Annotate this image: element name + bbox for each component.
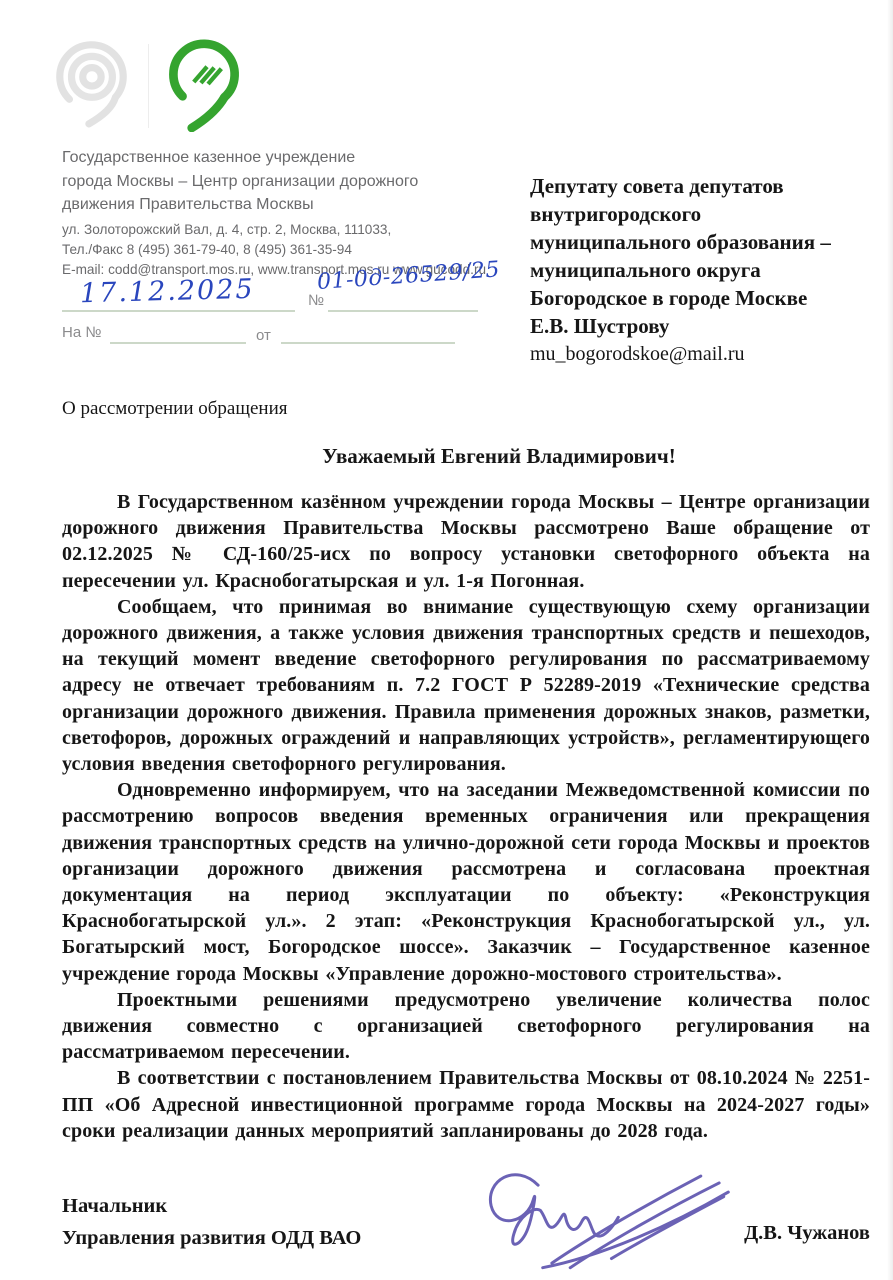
recipient-line: муниципального округа — [530, 256, 886, 284]
paragraph: В Государственном казённом учреждении го… — [62, 489, 870, 594]
org-name: Государственное казенное учреждение горо… — [62, 146, 492, 217]
handwritten-date: 17.12.2025 — [80, 274, 255, 310]
org-name-line: Государственное казенное учреждение — [62, 146, 492, 170]
logo-divider — [148, 44, 149, 128]
recipient-block: Депутату совета депутатов внутригородско… — [530, 172, 886, 368]
signer-name: Д.В. Чужанов — [744, 1222, 870, 1245]
recipient-line: Богородское в городе Москве — [530, 284, 886, 312]
number-underline — [328, 294, 478, 312]
paragraph: В соответствии с постановлением Правител… — [62, 1065, 870, 1144]
reply-date-underline — [281, 326, 455, 344]
org-name-line: города Москвы – Центр организации дорожн… — [62, 170, 492, 194]
signer-position-line: Начальник — [62, 1190, 361, 1222]
recipient-line: муниципального образования – — [530, 228, 886, 256]
paragraph: Проектными решениями предусмотрено увели… — [62, 987, 870, 1066]
from-label: от — [256, 327, 271, 344]
address-line: ул. Золоторожский Вал, д. 4, стр. 2, Мос… — [62, 220, 492, 240]
signature-scrawl-icon — [468, 1160, 748, 1270]
letter-page: Государственное казенное учреждение горо… — [0, 0, 893, 1280]
subject-line: О рассмотрении обращения — [62, 398, 288, 420]
reply-number-underline — [110, 326, 246, 344]
recipient-line: внутригородского — [530, 200, 886, 228]
paragraph: Одновременно информируем, что на заседан… — [62, 777, 870, 987]
reply-to-label: На № — [62, 324, 101, 341]
org-name-line: движения Правительства Москвы — [62, 193, 492, 217]
address-line: Тел./Факс 8 (495) 361-79-40, 8 (495) 361… — [62, 240, 492, 260]
letter-body: В Государственном казённом учреждении го… — [62, 489, 870, 1144]
recipient-line: Е.В. Шустрову — [530, 312, 886, 340]
salutation: Уважаемый Евгений Владимирович! — [62, 444, 870, 469]
signer-position: Начальник Управления развития ОДД ВАО — [62, 1190, 361, 1254]
recipient-email: mu_bogorodskoe@mail.ru — [530, 340, 886, 368]
paragraph: Сообщаем, что принимая во внимание сущес… — [62, 594, 870, 777]
signer-position-line: Управления развития ОДД ВАО — [62, 1222, 361, 1254]
recipient-line: Депутату совета депутатов — [530, 172, 886, 200]
codd-logo-icon — [164, 34, 246, 132]
moscow-transport-logo-icon — [50, 40, 138, 130]
